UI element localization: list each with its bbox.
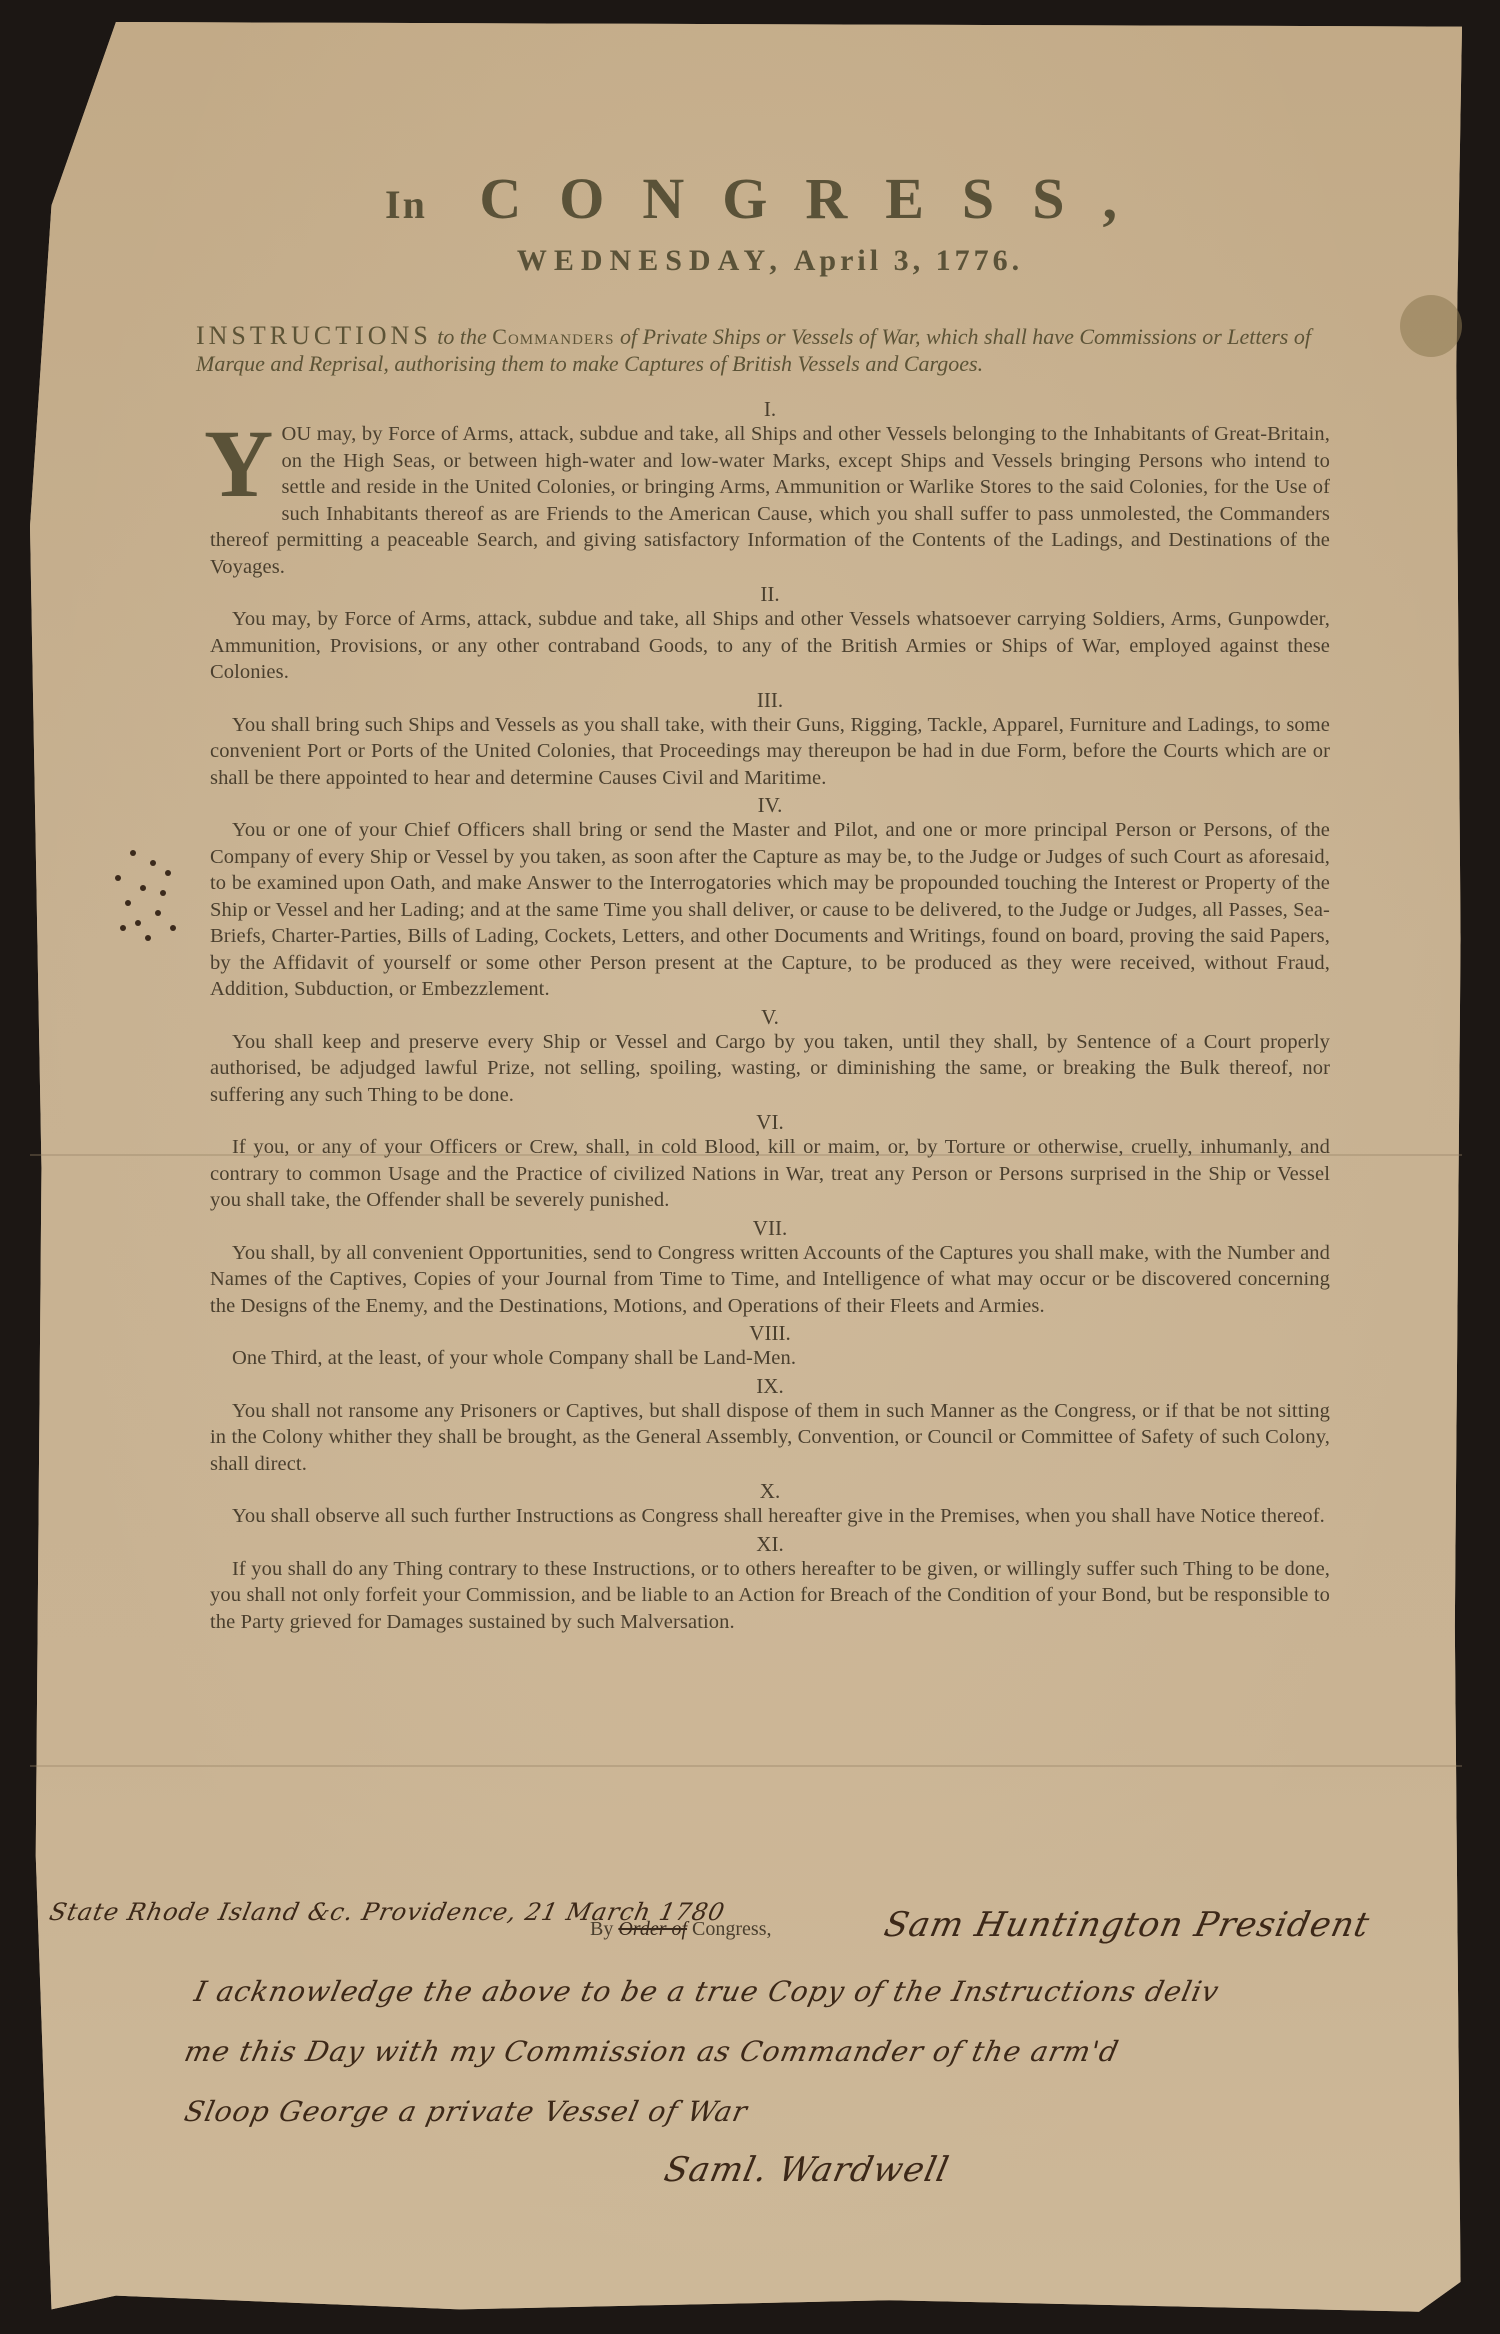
heading-text: to the <box>432 324 493 349</box>
article-10: X. You shall observe all such further In… <box>210 1479 1330 1530</box>
article-3: III. You shall bring such Ships and Vess… <box>210 688 1330 792</box>
handwritten-acknowledgement-line: Sloop George a private Vessel of War <box>181 2095 750 2128</box>
article-6: VI. If you, or any of your Officers or C… <box>210 1110 1330 1214</box>
president-signature: Sam Huntington President <box>881 1905 1374 1945</box>
article-text: One Third, at the least, of your whole C… <box>210 1345 1330 1372</box>
commander-signature: Saml. Wardwell <box>661 2150 953 2190</box>
title-word: CONGRESS, <box>479 166 1155 231</box>
article-2: II. You may, by Force of Arms, attack, s… <box>210 582 1330 686</box>
instructions-heading: INSTRUCTIONS to the Commanders of Privat… <box>196 322 1330 377</box>
article-text: If you, or any of your Officers or Crew,… <box>210 1134 1330 1214</box>
article-numeral: XI. <box>210 1532 1330 1556</box>
article-numeral: IV. <box>210 793 1330 817</box>
article-text: You may, by Force of Arms, attack, subdu… <box>210 606 1330 686</box>
drop-cap: Y <box>204 427 273 501</box>
article-numeral: II. <box>210 582 1330 606</box>
article-numeral: VII. <box>210 1216 1330 1240</box>
article-9: IX. You shall not ransome any Prisoners … <box>210 1374 1330 1478</box>
article-5: V. You shall keep and preserve every Shi… <box>210 1005 1330 1109</box>
article-text: You shall not ransome any Prisoners or C… <box>210 1398 1330 1478</box>
article-text: You shall, by all convenient Opportuniti… <box>210 1240 1330 1320</box>
article-numeral: VI. <box>210 1110 1330 1134</box>
article-1: I. YOU may, by Force of Arms, attack, su… <box>210 397 1330 580</box>
article-text: You shall keep and preserve every Ship o… <box>210 1029 1330 1109</box>
heading-caps: INSTRUCTIONS <box>196 321 432 350</box>
handwritten-acknowledgement-line: me this Day with my Commission as Comman… <box>181 2035 1122 2068</box>
article-numeral: VIII. <box>210 1321 1330 1345</box>
article-11: XI. If you shall do any Thing contrary t… <box>210 1532 1330 1636</box>
handwritten-place-date: State Rhode Island &c. Providence, 21 Ma… <box>47 1898 728 1926</box>
article-text: YOU may, by Force of Arms, attack, subdu… <box>210 421 1330 580</box>
document-date: WEDNESDAY, April 3, 1776. <box>210 244 1330 278</box>
title-prefix: In <box>385 182 427 227</box>
fold-crease <box>30 1765 1462 1767</box>
ink-specks <box>110 840 200 950</box>
handwritten-acknowledgement-line: I acknowledge the above to be a true Cop… <box>191 1975 1222 2008</box>
article-numeral: X. <box>210 1479 1330 1503</box>
article-numeral: I. <box>210 397 1330 421</box>
article-body: OU may, by Force of Arms, attack, subdue… <box>210 423 1330 578</box>
date-text: April 3, 1776. <box>794 244 1023 277</box>
article-text: You shall bring such Ships and Vessels a… <box>210 712 1330 792</box>
document-body: In CONGRESS, WEDNESDAY, April 3, 1776. I… <box>210 165 1330 1635</box>
article-text: You shall observe all such further Instr… <box>210 1503 1330 1530</box>
article-numeral: IX. <box>210 1374 1330 1398</box>
water-stain <box>1400 295 1462 357</box>
heading-smallcaps: Commanders <box>492 324 614 349</box>
article-4: IV. You or one of your Chief Officers sh… <box>210 793 1330 1003</box>
date-weekday: WEDNESDAY, <box>517 244 784 277</box>
article-8: VIII. One Third, at the least, of your w… <box>210 1321 1330 1372</box>
article-numeral: III. <box>210 688 1330 712</box>
article-text: If you shall do any Thing contrary to th… <box>210 1556 1330 1636</box>
document-title: In CONGRESS, <box>210 165 1330 232</box>
article-numeral: V. <box>210 1005 1330 1029</box>
article-text: You or one of your Chief Officers shall … <box>210 817 1330 1003</box>
article-7: VII. You shall, by all convenient Opport… <box>210 1216 1330 1320</box>
